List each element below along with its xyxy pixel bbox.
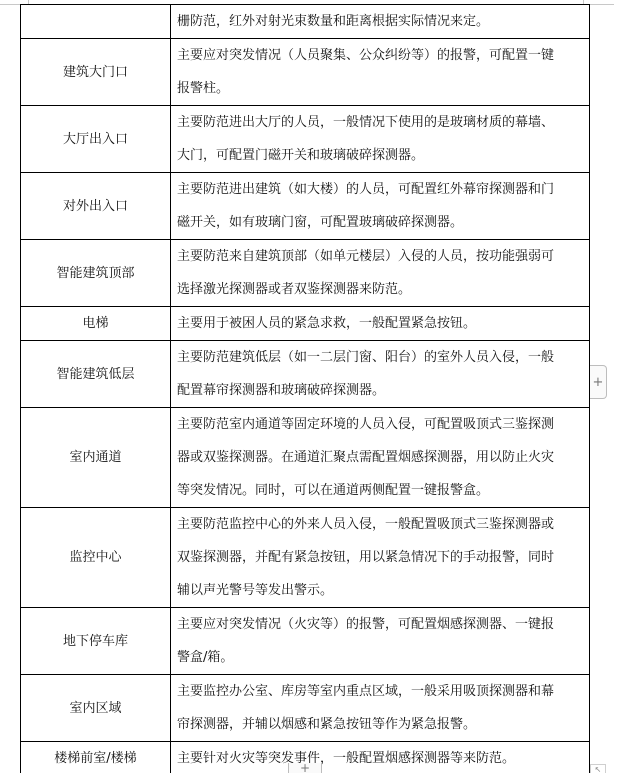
description-line: 主要应对突发情况（火灾等）的报警，可配置烟感探测器、一键报 — [177, 608, 585, 641]
description-line: 主要监控办公室、库房等室内重点区域，一般采用吸顶探测器和幕 — [177, 675, 585, 708]
plus-icon: + — [593, 375, 604, 390]
location-cell[interactable]: 监控中心 — [21, 508, 171, 608]
table-resize-handle[interactable]: ↖ — [590, 764, 606, 773]
description-line: 帘探测器，并辅以烟感和紧急按钮等作为紧急报警。 — [177, 708, 585, 741]
description-cell[interactable]: 栅防范，红外对射光束数量和距离根据实际情况来定。 — [171, 5, 590, 39]
description-line: 主要针对火灾等突发事件，一般配置烟感探测器等来防范。 — [177, 742, 585, 773]
description-line: 等突发情况。同时，可以在通道两侧配置一键报警盒。 — [177, 474, 585, 507]
description-line: 磁开关，如有玻璃门窗，可配置玻璃破碎探测器。 — [177, 206, 585, 239]
add-column-button[interactable]: + — [288, 763, 322, 773]
location-cell[interactable]: 室内区域 — [21, 675, 171, 742]
table-row: 室内通道主要防范室内通道等固定环境的人员入侵，可配置吸顶式三鉴探测器或双鉴探测器… — [21, 408, 590, 508]
location-cell[interactable]: 楼梯前室/楼梯 — [21, 742, 171, 773]
description-line: 大门，可配置门磁开关和玻璃破碎探测器。 — [177, 139, 585, 172]
description-line: 双鉴探测器，并配有紧急按钮，用以紧急情况下的手动报警，同时 — [177, 541, 585, 574]
location-cell[interactable]: 电梯 — [21, 307, 171, 341]
description-line: 主要防范监控中心的外来人员入侵，一般配置吸顶式三鉴探测器或 — [177, 508, 585, 541]
table-row: 对外出入口主要防范进出建筑（如大楼）的人员，可配置红外幕帘探测器和门磁开关，如有… — [21, 173, 590, 240]
description-line: 器或双鉴探测器。在通道汇聚点需配置烟感探测器，用以防止火灾 — [177, 441, 585, 474]
table-row: 建筑大门口主要应对突发情况（人员聚集、公众纠纷等）的报警，可配置一键报警柱。 — [21, 39, 590, 106]
description-cell[interactable]: 主要监控办公室、库房等室内重点区域，一般采用吸顶探测器和幕帘探测器，并辅以烟感和… — [171, 675, 590, 742]
description-cell[interactable]: 主要应对突发情况（火灾等）的报警，可配置烟感探测器、一键报警盒/箱。 — [171, 608, 590, 675]
description-cell[interactable]: 主要防范室内通道等固定环境的人员入侵，可配置吸顶式三鉴探测器或双鉴探测器。在通道… — [171, 408, 590, 508]
table-row: 室内区域主要监控办公室、库房等室内重点区域，一般采用吸顶探测器和幕帘探测器，并辅… — [21, 675, 590, 742]
description-cell[interactable]: 主要用于被困人员的紧急求救，一般配置紧急按钮。 — [171, 307, 590, 341]
description-line: 主要防范建筑低层（如一二层门窗、阳台）的室外人员入侵，一般 — [177, 341, 585, 374]
resize-arrow-icon: ↖ — [595, 765, 602, 773]
description-line: 主要应对突发情况（人员聚集、公众纠纷等）的报警，可配置一键 — [177, 39, 585, 72]
description-cell[interactable]: 主要针对火灾等突发事件，一般配置烟感探测器等来防范。 — [171, 742, 590, 773]
location-cell[interactable]: 室内通道 — [21, 408, 171, 508]
description-cell[interactable]: 主要防范进出大厅的人员，一般情况下使用的是玻璃材质的幕墙、大门，可配置门磁开关和… — [171, 106, 590, 173]
location-cell[interactable]: 智能建筑低层 — [21, 341, 171, 408]
description-line: 主要用于被困人员的紧急求救，一般配置紧急按钮。 — [177, 307, 585, 340]
description-line: 主要防范进出大厅的人员，一般情况下使用的是玻璃材质的幕墙、 — [177, 106, 585, 139]
description-cell[interactable]: 主要应对突发情况（人员聚集、公众纠纷等）的报警，可配置一键报警柱。 — [171, 39, 590, 106]
description-line: 辅以声光警号等发出警示。 — [177, 574, 585, 607]
location-cell[interactable]: 地下停车库 — [21, 608, 171, 675]
description-line: 选择激光探测器或者双鉴探测器来防范。 — [177, 273, 585, 306]
description-line: 配置幕帘探测器和玻璃破碎探测器。 — [177, 374, 585, 407]
description-line: 主要防范来自建筑顶部（如单元楼层）入侵的人员，按功能强弱可 — [177, 240, 585, 273]
table-row: 大厅出入口主要防范进出大厅的人员，一般情况下使用的是玻璃材质的幕墙、大门，可配置… — [21, 106, 590, 173]
location-cell[interactable] — [21, 5, 171, 39]
security-zone-table: 栅防范，红外对射光束数量和距离根据实际情况来定。建筑大门口主要应对突发情况（人员… — [20, 4, 590, 773]
table-row: 地下停车库主要应对突发情况（火灾等）的报警，可配置烟感探测器、一键报警盒/箱。 — [21, 608, 590, 675]
table-row: 栅防范，红外对射光束数量和距离根据实际情况来定。 — [21, 5, 590, 39]
table-row: 智能建筑顶部主要防范来自建筑顶部（如单元楼层）入侵的人员，按功能强弱可选择激光探… — [21, 240, 590, 307]
location-cell[interactable]: 建筑大门口 — [21, 39, 171, 106]
description-line: 报警柱。 — [177, 72, 585, 105]
description-cell[interactable]: 主要防范建筑低层（如一二层门窗、阳台）的室外人员入侵，一般配置幕帘探测器和玻璃破… — [171, 341, 590, 408]
plus-icon: + — [300, 763, 310, 773]
table-row: 电梯主要用于被困人员的紧急求救，一般配置紧急按钮。 — [21, 307, 590, 341]
description-cell[interactable]: 主要防范进出建筑（如大楼）的人员，可配置红外幕帘探测器和门磁开关，如有玻璃门窗，… — [171, 173, 590, 240]
table-row: 智能建筑低层主要防范建筑低层（如一二层门窗、阳台）的室外人员入侵，一般配置幕帘探… — [21, 341, 590, 408]
description-line: 栅防范，红外对射光束数量和距离根据实际情况来定。 — [177, 5, 585, 38]
description-line: 主要防范进出建筑（如大楼）的人员，可配置红外幕帘探测器和门 — [177, 173, 585, 206]
location-cell[interactable]: 智能建筑顶部 — [21, 240, 171, 307]
table-row: 监控中心主要防范监控中心的外来人员入侵，一般配置吸顶式三鉴探测器或双鉴探测器，并… — [21, 508, 590, 608]
description-cell[interactable]: 主要防范监控中心的外来人员入侵，一般配置吸顶式三鉴探测器或双鉴探测器，并配有紧急… — [171, 508, 590, 608]
add-row-button[interactable]: + — [590, 365, 607, 399]
description-cell[interactable]: 主要防范来自建筑顶部（如单元楼层）入侵的人员，按功能强弱可选择激光探测器或者双鉴… — [171, 240, 590, 307]
location-cell[interactable]: 大厅出入口 — [21, 106, 171, 173]
location-cell[interactable]: 对外出入口 — [21, 173, 171, 240]
description-line: 主要防范室内通道等固定环境的人员入侵，可配置吸顶式三鉴探测 — [177, 408, 585, 441]
description-line: 警盒/箱。 — [177, 641, 585, 674]
